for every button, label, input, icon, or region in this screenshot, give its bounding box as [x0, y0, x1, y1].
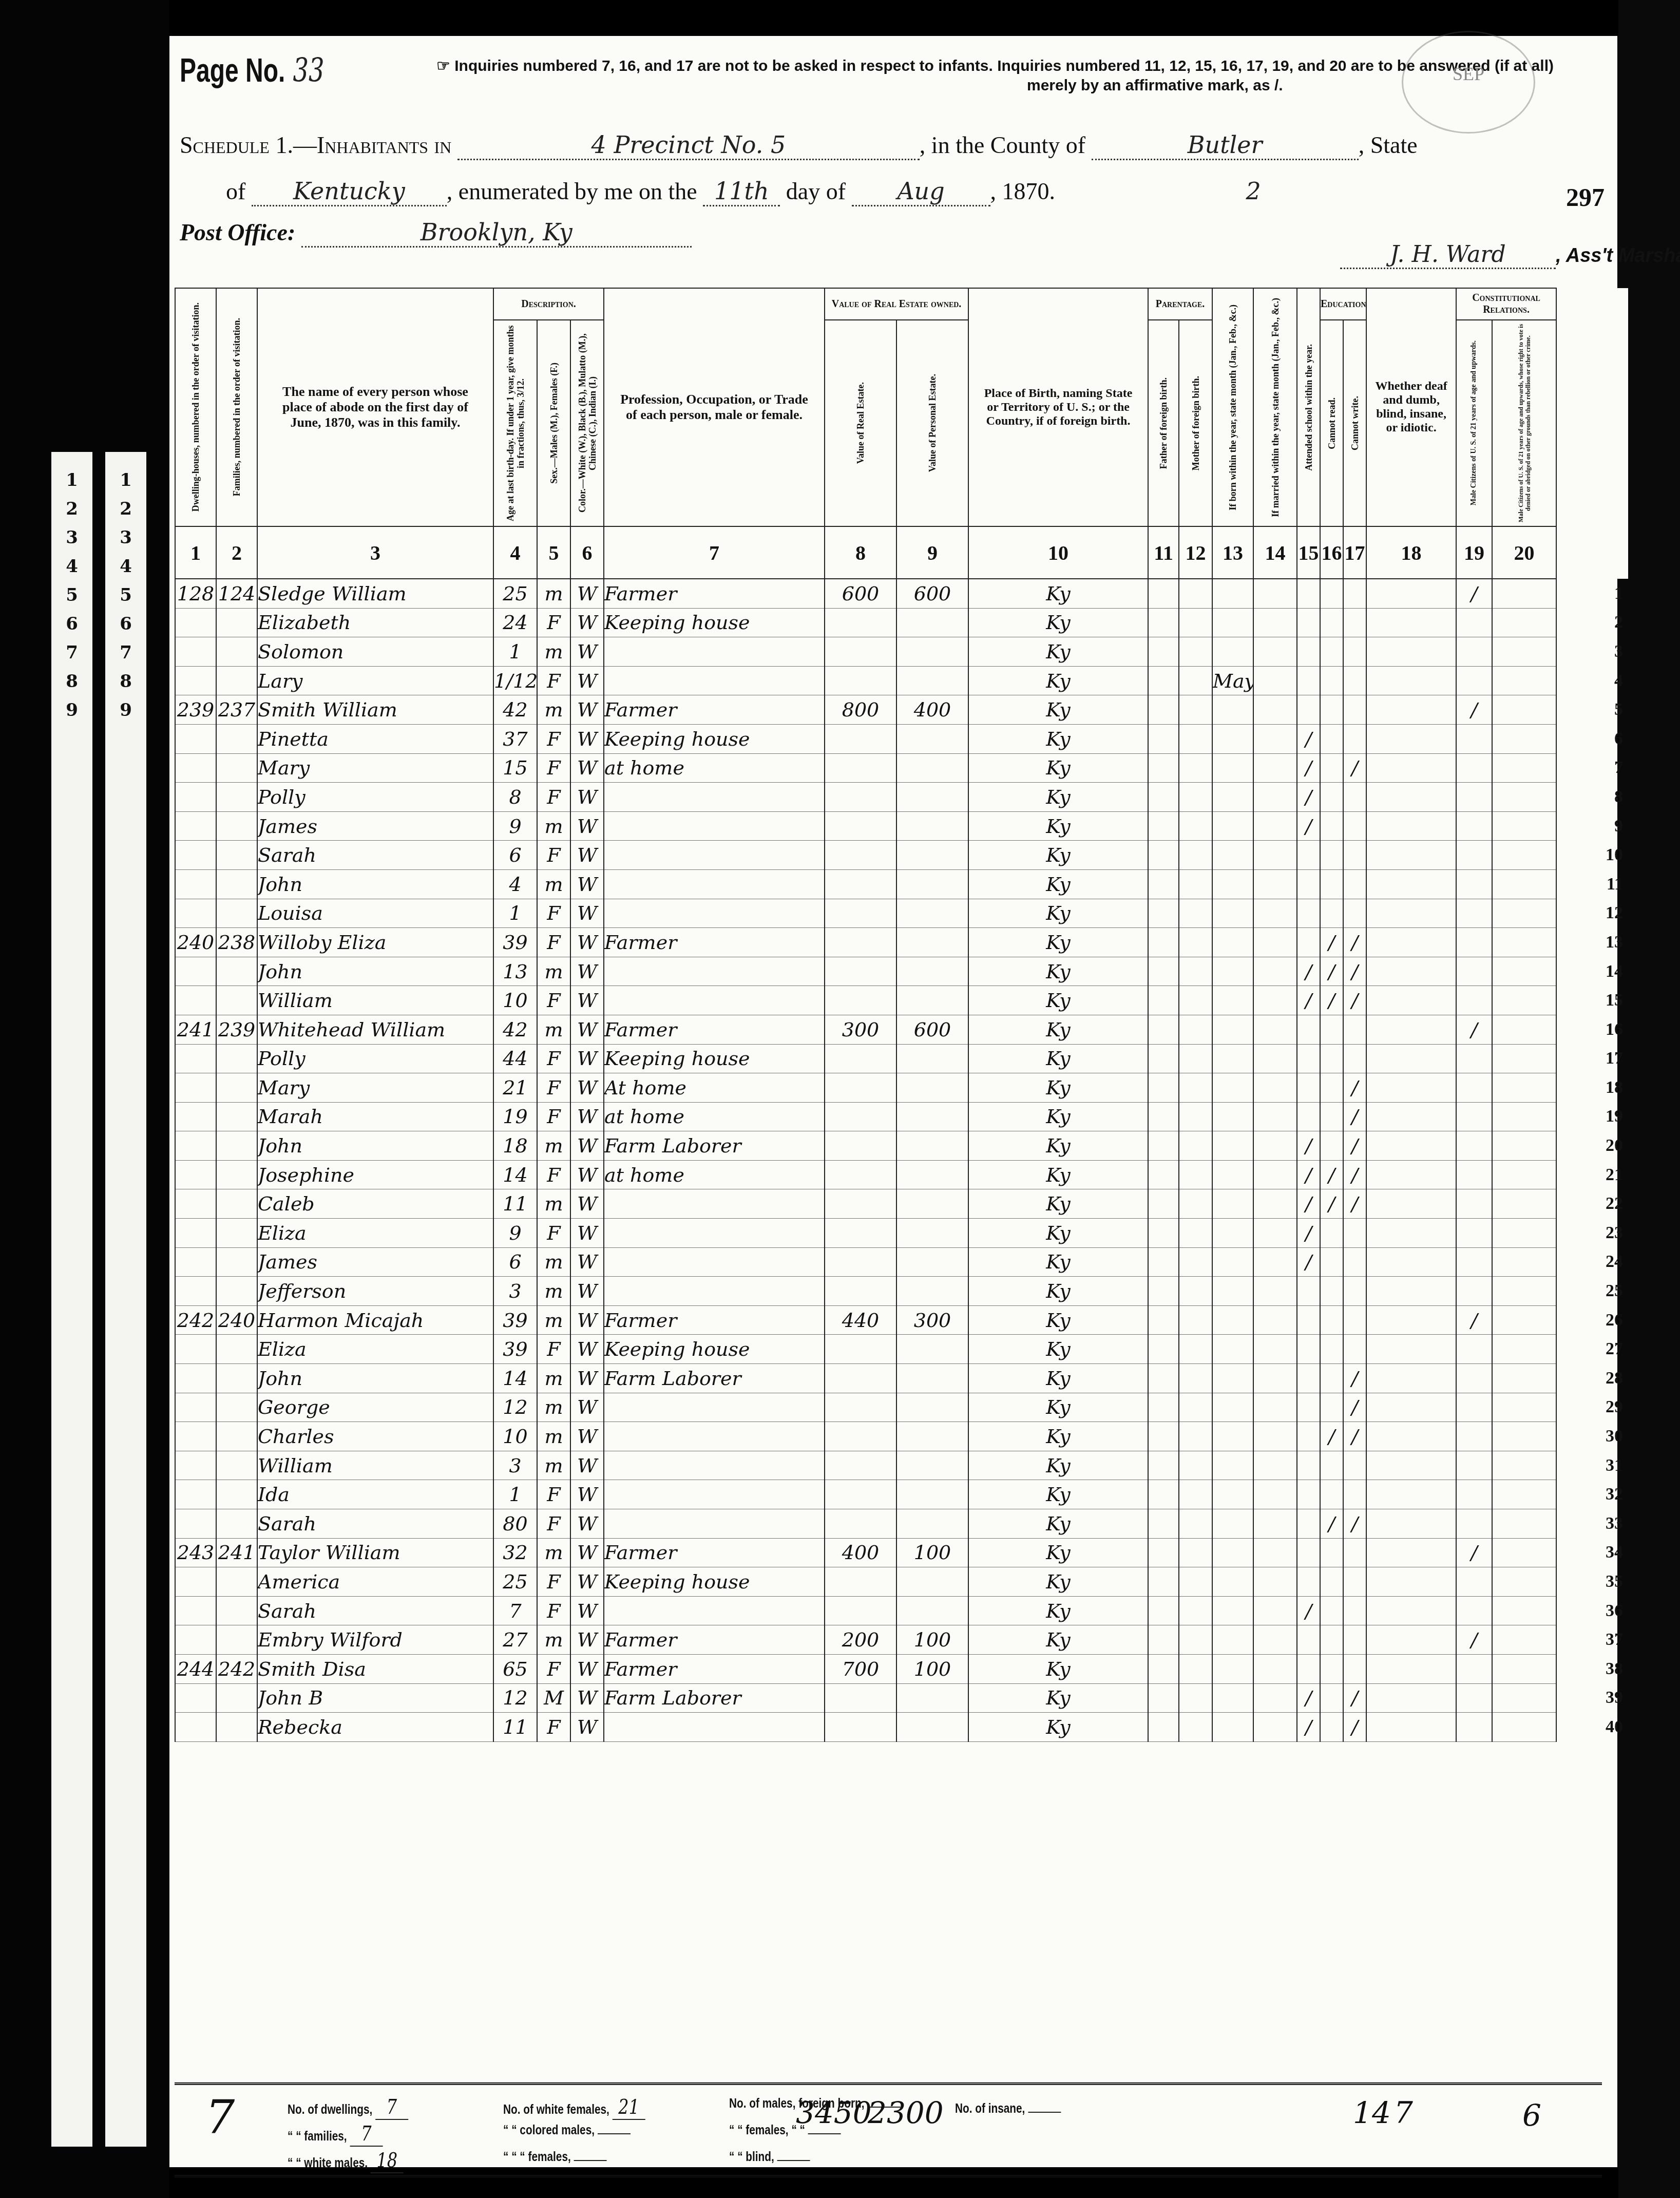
born-month-cell	[1212, 1189, 1253, 1219]
married-month-cell	[1253, 1480, 1297, 1509]
census-row: Embry Wilford27mWFarmer200100Ky/37	[175, 1625, 1628, 1655]
married-month-cell	[1253, 666, 1297, 695]
mother-foreign-cell	[1179, 724, 1212, 753]
age-cell: 4	[493, 869, 537, 899]
occupation-cell	[604, 1451, 825, 1480]
attended-school-cell: /	[1297, 986, 1320, 1015]
enumeration-line: of Kentucky, enumerated by me on the 11t…	[226, 177, 1261, 206]
disability-cell	[1366, 986, 1456, 1015]
summary-colored-females: “ “ “ females,	[503, 2149, 607, 2165]
personal-estate-value-cell: 100	[896, 1625, 968, 1655]
age-cell: 25	[493, 579, 537, 608]
citizen-denied-cell	[1492, 1713, 1556, 1742]
cannot-read-cell	[1320, 1451, 1343, 1480]
color-cell: W	[570, 811, 604, 841]
disability-cell	[1366, 666, 1456, 695]
disability-cell	[1366, 811, 1456, 841]
married-month-cell	[1253, 1596, 1297, 1625]
disability-cell	[1366, 1102, 1456, 1131]
personal-estate-value-cell	[896, 637, 968, 667]
cannot-read-cell	[1320, 899, 1343, 928]
birthplace-cell: Ky	[968, 957, 1148, 986]
family-number-cell	[216, 1480, 257, 1509]
census-row: Rebecka11FWKy//40	[175, 1713, 1628, 1742]
birthplace-cell: Ky	[968, 1189, 1148, 1219]
age-cell: 37	[493, 724, 537, 753]
birthplace-cell: Ky	[968, 724, 1148, 753]
color-cell: W	[570, 869, 604, 899]
father-foreign-cell	[1148, 1713, 1179, 1742]
occupation-cell	[604, 1189, 825, 1219]
census-row: 240238Willoby Eliza39FWFarmerKy//13	[175, 928, 1628, 957]
family-number-cell	[216, 1567, 257, 1597]
dwelling-number-cell	[175, 783, 216, 812]
age-cell: 10	[493, 1422, 537, 1451]
personal-estate-value-cell	[896, 1480, 968, 1509]
father-foreign-cell	[1148, 724, 1179, 753]
cannot-read-cell	[1320, 1538, 1343, 1567]
col-header-text: Value of Real Estate.	[855, 380, 866, 466]
mother-foreign-cell	[1179, 1189, 1212, 1219]
line-number: 29	[1556, 1393, 1628, 1422]
column-number: 20	[1492, 526, 1556, 579]
col-header-mother-foreign: Mother of foreign birth.	[1179, 320, 1212, 526]
line-number: 21	[1556, 1160, 1628, 1189]
person-name: James	[258, 1250, 317, 1273]
married-month-cell	[1253, 811, 1297, 841]
person-name: John	[258, 960, 302, 983]
mother-foreign-cell	[1179, 783, 1212, 812]
real-estate-value-cell	[825, 986, 896, 1015]
male-citizen-cell	[1456, 811, 1492, 841]
mother-foreign-cell	[1179, 1713, 1212, 1742]
attended-school-cell	[1297, 1335, 1320, 1364]
real-estate-value-cell	[825, 1131, 896, 1161]
marshal-signature: J. H. Ward, Ass't Marshal.	[1340, 241, 1680, 269]
male-citizen-cell	[1456, 1364, 1492, 1393]
sex-cell: m	[537, 1393, 570, 1422]
dwelling-number-cell	[175, 1451, 216, 1480]
age-cell: 3	[493, 1451, 537, 1480]
occupation-cell	[604, 783, 825, 812]
sex-cell: F	[537, 899, 570, 928]
citizen-denied-cell	[1492, 1683, 1556, 1713]
birthplace-cell: Ky	[968, 1538, 1148, 1567]
real-estate-value-cell	[825, 666, 896, 695]
schedule-label: Schedule 1.—Inhabitants in	[180, 132, 451, 158]
family-number-cell	[216, 1596, 257, 1625]
male-citizen-cell	[1456, 1683, 1492, 1713]
real-estate-value-cell	[825, 1713, 896, 1742]
citizen-denied-cell	[1492, 1364, 1556, 1393]
occupation-cell	[604, 1219, 825, 1248]
person-name: Marah	[258, 1105, 323, 1128]
summary-label: No. of dwellings,	[288, 2101, 372, 2117]
col-header-sex: Sex.—Males (M.), Females (F.)	[537, 320, 570, 526]
column-number: 6	[570, 526, 604, 579]
line-number: 11	[1556, 869, 1628, 899]
real-estate-value-cell	[825, 1335, 896, 1364]
line-number: 16	[1556, 1015, 1628, 1044]
real-estate-value-cell	[825, 1277, 896, 1306]
citizen-denied-cell	[1492, 1219, 1556, 1248]
male-citizen-cell	[1456, 1567, 1492, 1597]
cannot-read-cell	[1320, 724, 1343, 753]
summary-white-males: “ “ white males, 18	[288, 2149, 404, 2173]
col-header-text: Male Citizens of U. S. of 21 years of ag…	[1469, 338, 1479, 507]
father-foreign-cell	[1148, 637, 1179, 667]
line-number: 10	[1556, 841, 1628, 870]
family-number-cell	[216, 1422, 257, 1451]
real-estate-value-cell: 400	[825, 1538, 896, 1567]
born-month-cell	[1212, 1015, 1253, 1044]
census-rows: 128124Sledge William25mWFarmer600600Ky/1…	[175, 579, 1628, 1741]
age-cell: 15	[493, 753, 537, 783]
summary-total-real-estate: 3450	[796, 2095, 872, 2130]
disability-cell	[1366, 928, 1456, 957]
sex-cell: F	[537, 1219, 570, 1248]
male-citizen-cell	[1456, 1713, 1492, 1742]
county-field: Butler	[1092, 131, 1359, 160]
cannot-write-cell: /	[1343, 753, 1366, 783]
scan-top-edge	[0, 0, 1680, 36]
census-row: Pinetta37FWKeeping houseKy/6	[175, 724, 1628, 753]
married-month-cell	[1253, 1335, 1297, 1364]
stamp-text: SEP	[1453, 64, 1484, 84]
cannot-write-cell	[1343, 1654, 1366, 1683]
father-foreign-cell	[1148, 1364, 1179, 1393]
person-name-cell: Marah	[257, 1102, 493, 1131]
col-header-color: Color.—White (W.), Black (B.), Mulatto (…	[570, 320, 604, 526]
color-cell: W	[570, 899, 604, 928]
real-estate-value-cell	[825, 1596, 896, 1625]
born-month-cell	[1212, 1567, 1253, 1597]
disability-cell	[1366, 1219, 1456, 1248]
color-cell: W	[570, 1189, 604, 1219]
family-number-cell: 240	[216, 1305, 257, 1335]
citizen-denied-cell	[1492, 1015, 1556, 1044]
mother-foreign-cell	[1179, 1015, 1212, 1044]
father-foreign-cell	[1148, 695, 1179, 725]
male-citizen-cell	[1456, 1596, 1492, 1625]
age-cell: 12	[493, 1393, 537, 1422]
sex-cell: F	[537, 1713, 570, 1742]
person-name-cell: Mary	[257, 753, 493, 783]
real-estate-value-cell: 800	[825, 695, 896, 725]
col-header-personal-estate: Value of Personal Estate.	[896, 320, 968, 526]
person-name: Pinetta	[258, 728, 329, 750]
person-name-cell: Pinetta	[257, 724, 493, 753]
age-cell: 1/12	[493, 666, 537, 695]
male-citizen-cell	[1456, 783, 1492, 812]
color-cell: W	[570, 1451, 604, 1480]
real-estate-value-cell	[825, 783, 896, 812]
cannot-write-cell: /	[1343, 986, 1366, 1015]
color-cell: W	[570, 1713, 604, 1742]
disability-cell	[1366, 1451, 1456, 1480]
line-number: 1	[1556, 579, 1628, 608]
attended-school-cell	[1297, 899, 1320, 928]
mother-foreign-cell	[1179, 1683, 1212, 1713]
citizen-denied-cell	[1492, 1277, 1556, 1306]
cannot-read-cell	[1320, 1654, 1343, 1683]
col-header-text: Father of foreign birth.	[1158, 375, 1169, 471]
personal-estate-value-cell	[896, 1073, 968, 1103]
real-estate-value-cell	[825, 1247, 896, 1277]
col-header-occupation: Profession, Occupation, or Trade of each…	[604, 288, 825, 526]
birthplace-cell: Ky	[968, 1305, 1148, 1335]
col-header-text: Value of Personal Estate.	[927, 372, 938, 474]
person-name: James	[258, 815, 317, 838]
line-number: 4	[1556, 666, 1628, 695]
born-month-cell	[1212, 753, 1253, 783]
age-cell: 80	[493, 1509, 537, 1539]
personal-estate-value-cell: 100	[896, 1538, 968, 1567]
attended-school-cell: /	[1297, 783, 1320, 812]
summary-label: No. of insane,	[955, 2100, 1025, 2116]
disability-cell	[1366, 841, 1456, 870]
mother-foreign-cell	[1179, 1625, 1212, 1655]
disability-cell	[1366, 783, 1456, 812]
col-header-text: Dwelling-houses, numbered in the order o…	[190, 300, 201, 514]
dwelling-number-cell	[175, 869, 216, 899]
census-row: 242240Harmon Micajah39mWFarmer440300Ky/2…	[175, 1305, 1628, 1335]
summary-value	[574, 2160, 607, 2161]
person-name-cell: John	[257, 1131, 493, 1161]
page-number-value: 33	[293, 52, 324, 90]
line-number: 7	[1556, 753, 1628, 783]
col-header-text: Age at last birth-day. If under 1 year, …	[505, 320, 526, 526]
binding-line-number: 7	[51, 642, 92, 663]
attended-school-cell	[1297, 1277, 1320, 1306]
dwelling-number-cell	[175, 841, 216, 870]
citizen-denied-cell	[1492, 1625, 1556, 1655]
line-number: 30	[1556, 1422, 1628, 1451]
family-number-cell	[216, 783, 257, 812]
line-number: 8	[1556, 783, 1628, 812]
received-stamp: SEP	[1402, 31, 1535, 134]
marshal-label: , Ass't Marshal.	[1556, 245, 1680, 267]
cannot-write-cell	[1343, 1538, 1366, 1567]
father-foreign-cell	[1148, 957, 1179, 986]
dwelling-number-cell: 240	[175, 928, 216, 957]
married-month-cell	[1253, 1073, 1297, 1103]
cannot-write-cell	[1343, 1305, 1366, 1335]
sex-cell: F	[537, 753, 570, 783]
age-cell: 9	[493, 811, 537, 841]
father-foreign-cell	[1148, 1538, 1179, 1567]
color-cell: W	[570, 1538, 604, 1567]
born-month-cell	[1212, 1509, 1253, 1539]
attended-school-cell	[1297, 1073, 1320, 1103]
line-number: 13	[1556, 928, 1628, 957]
attended-school-cell	[1297, 869, 1320, 899]
male-citizen-cell	[1456, 1480, 1492, 1509]
father-foreign-cell	[1148, 753, 1179, 783]
person-name: Jefferson	[258, 1280, 346, 1302]
family-number-cell: 239	[216, 1015, 257, 1044]
color-cell: W	[570, 608, 604, 637]
cannot-write-cell	[1343, 666, 1366, 695]
family-number-cell	[216, 1335, 257, 1364]
disability-cell	[1366, 1480, 1456, 1509]
column-number: 5	[537, 526, 570, 579]
personal-estate-value-cell	[896, 1683, 968, 1713]
male-citizen-cell	[1456, 899, 1492, 928]
father-foreign-cell	[1148, 1015, 1179, 1044]
cannot-read-cell	[1320, 1480, 1343, 1509]
citizen-denied-cell	[1492, 1247, 1556, 1277]
disability-cell	[1366, 1044, 1456, 1073]
cannot-write-cell: /	[1343, 1713, 1366, 1742]
dwelling-number-cell	[175, 1393, 216, 1422]
cannot-read-cell	[1320, 1567, 1343, 1597]
father-foreign-cell	[1148, 1451, 1179, 1480]
occupation-cell	[604, 666, 825, 695]
born-month-cell	[1212, 1335, 1253, 1364]
born-month-cell	[1212, 1073, 1253, 1103]
binding-line-number: 6	[105, 614, 146, 634]
personal-estate-value-cell: 100	[896, 1654, 968, 1683]
age-cell: 39	[493, 1305, 537, 1335]
cannot-read-cell	[1320, 1131, 1343, 1161]
occupation-cell	[604, 841, 825, 870]
personal-estate-value-cell	[896, 1160, 968, 1189]
line-number: 24	[1556, 1247, 1628, 1277]
family-number-cell	[216, 1073, 257, 1103]
post-office-label: Post Office:	[180, 219, 295, 245]
person-name-cell: John	[257, 957, 493, 986]
cannot-write-cell: /	[1343, 1073, 1366, 1103]
group-header-real-estate: Value of Real Estate owned.	[825, 288, 968, 320]
occupation-cell: Farmer	[604, 579, 825, 608]
occupation-cell: at home	[604, 1102, 825, 1131]
color-cell: W	[570, 1683, 604, 1713]
color-cell: W	[570, 841, 604, 870]
color-cell: W	[570, 1160, 604, 1189]
sex-cell: m	[537, 869, 570, 899]
cannot-read-cell	[1320, 666, 1343, 695]
personal-estate-value-cell	[896, 753, 968, 783]
family-number-cell	[216, 811, 257, 841]
disability-cell	[1366, 1160, 1456, 1189]
binding-line-number: 7	[105, 642, 146, 663]
dwelling-number-cell: 243	[175, 1538, 216, 1567]
cannot-read-cell: /	[1320, 1509, 1343, 1539]
dwelling-number-cell	[175, 608, 216, 637]
born-month-cell	[1212, 1305, 1253, 1335]
born-month-cell	[1212, 1625, 1253, 1655]
attended-school-cell: /	[1297, 753, 1320, 783]
birthplace-cell: Ky	[968, 899, 1148, 928]
census-row: John B12MWFarm LaborerKy//39	[175, 1683, 1628, 1713]
birthplace-cell: Ky	[968, 753, 1148, 783]
cannot-read-cell	[1320, 1073, 1343, 1103]
born-month-cell	[1212, 1219, 1253, 1248]
census-row: Ida1FWKy32	[175, 1480, 1628, 1509]
personal-estate-value-cell	[896, 666, 968, 695]
cannot-write-cell: /	[1343, 1189, 1366, 1219]
person-name: Polly	[258, 1047, 306, 1070]
real-estate-value-cell	[825, 1393, 896, 1422]
census-row: John4mWKy11	[175, 869, 1628, 899]
born-month-cell	[1212, 637, 1253, 667]
personal-estate-value-cell	[896, 1102, 968, 1131]
col-header-dwelling: Dwelling-houses, numbered in the order o…	[175, 288, 216, 526]
cannot-read-cell	[1320, 753, 1343, 783]
father-foreign-cell	[1148, 1305, 1179, 1335]
personal-estate-value-cell	[896, 1247, 968, 1277]
person-name-cell: Elizabeth	[257, 608, 493, 637]
sex-cell: F	[537, 1160, 570, 1189]
line-number: 40	[1556, 1713, 1628, 1742]
summary-insane: No. of insane,	[955, 2100, 1061, 2116]
age-cell: 44	[493, 1044, 537, 1073]
year-label: , 1870.	[990, 178, 1056, 204]
person-name-cell: Mary	[257, 1073, 493, 1103]
father-foreign-cell	[1148, 608, 1179, 637]
dwelling-number-cell	[175, 1073, 216, 1103]
occupation-cell: Farmer	[604, 1015, 825, 1044]
disability-cell	[1366, 1015, 1456, 1044]
cannot-read-cell	[1320, 1277, 1343, 1306]
col-header-name: The name of every person whose place of …	[257, 288, 493, 526]
group-header-parentage: Parentage.	[1148, 288, 1212, 320]
disability-cell	[1366, 1393, 1456, 1422]
born-month-cell	[1212, 1160, 1253, 1189]
mother-foreign-cell	[1179, 869, 1212, 899]
group-header-constitutional: Constitutional Relations.	[1456, 288, 1556, 320]
binding-line-number: 4	[105, 556, 146, 577]
citizen-denied-cell	[1492, 928, 1556, 957]
line-number: 3	[1556, 637, 1628, 667]
census-row: George12mWKy/29	[175, 1393, 1628, 1422]
father-foreign-cell	[1148, 811, 1179, 841]
personal-estate-value-cell	[896, 1393, 968, 1422]
cannot-read-cell	[1320, 1247, 1343, 1277]
occupation-cell: at home	[604, 753, 825, 783]
male-citizen-cell	[1456, 1219, 1492, 1248]
attended-school-cell	[1297, 1102, 1320, 1131]
birthplace-cell: Ky	[968, 666, 1148, 695]
personal-estate-value-cell	[896, 928, 968, 957]
mother-foreign-cell	[1179, 1422, 1212, 1451]
person-name-cell: Polly	[257, 1044, 493, 1073]
male-citizen-cell	[1456, 1335, 1492, 1364]
summary-write-total: 7	[1394, 2095, 1413, 2130]
sex-cell: m	[537, 1015, 570, 1044]
male-citizen-cell	[1456, 1422, 1492, 1451]
sex-cell: F	[537, 1044, 570, 1073]
occupation-cell: Farm Laborer	[604, 1683, 825, 1713]
male-citizen-cell	[1456, 1160, 1492, 1189]
family-number-cell	[216, 1277, 257, 1306]
personal-estate-value-cell: 600	[896, 579, 968, 608]
person-name-cell: Charles	[257, 1422, 493, 1451]
personal-estate-value-cell	[896, 899, 968, 928]
citizen-denied-cell	[1492, 1044, 1556, 1073]
mother-foreign-cell	[1179, 753, 1212, 783]
disability-cell	[1366, 724, 1456, 753]
born-month-cell	[1212, 899, 1253, 928]
attended-school-cell: /	[1297, 957, 1320, 986]
schedule-line: Schedule 1.—Inhabitants in 4 Precinct No…	[180, 131, 1418, 160]
census-row: Elizabeth24FWKeeping houseKy2	[175, 608, 1628, 637]
dwelling-number-cell	[175, 957, 216, 986]
birthplace-cell: Ky	[968, 1625, 1148, 1655]
person-name: Josephine	[258, 1164, 354, 1186]
line-number: 14	[1556, 957, 1628, 986]
